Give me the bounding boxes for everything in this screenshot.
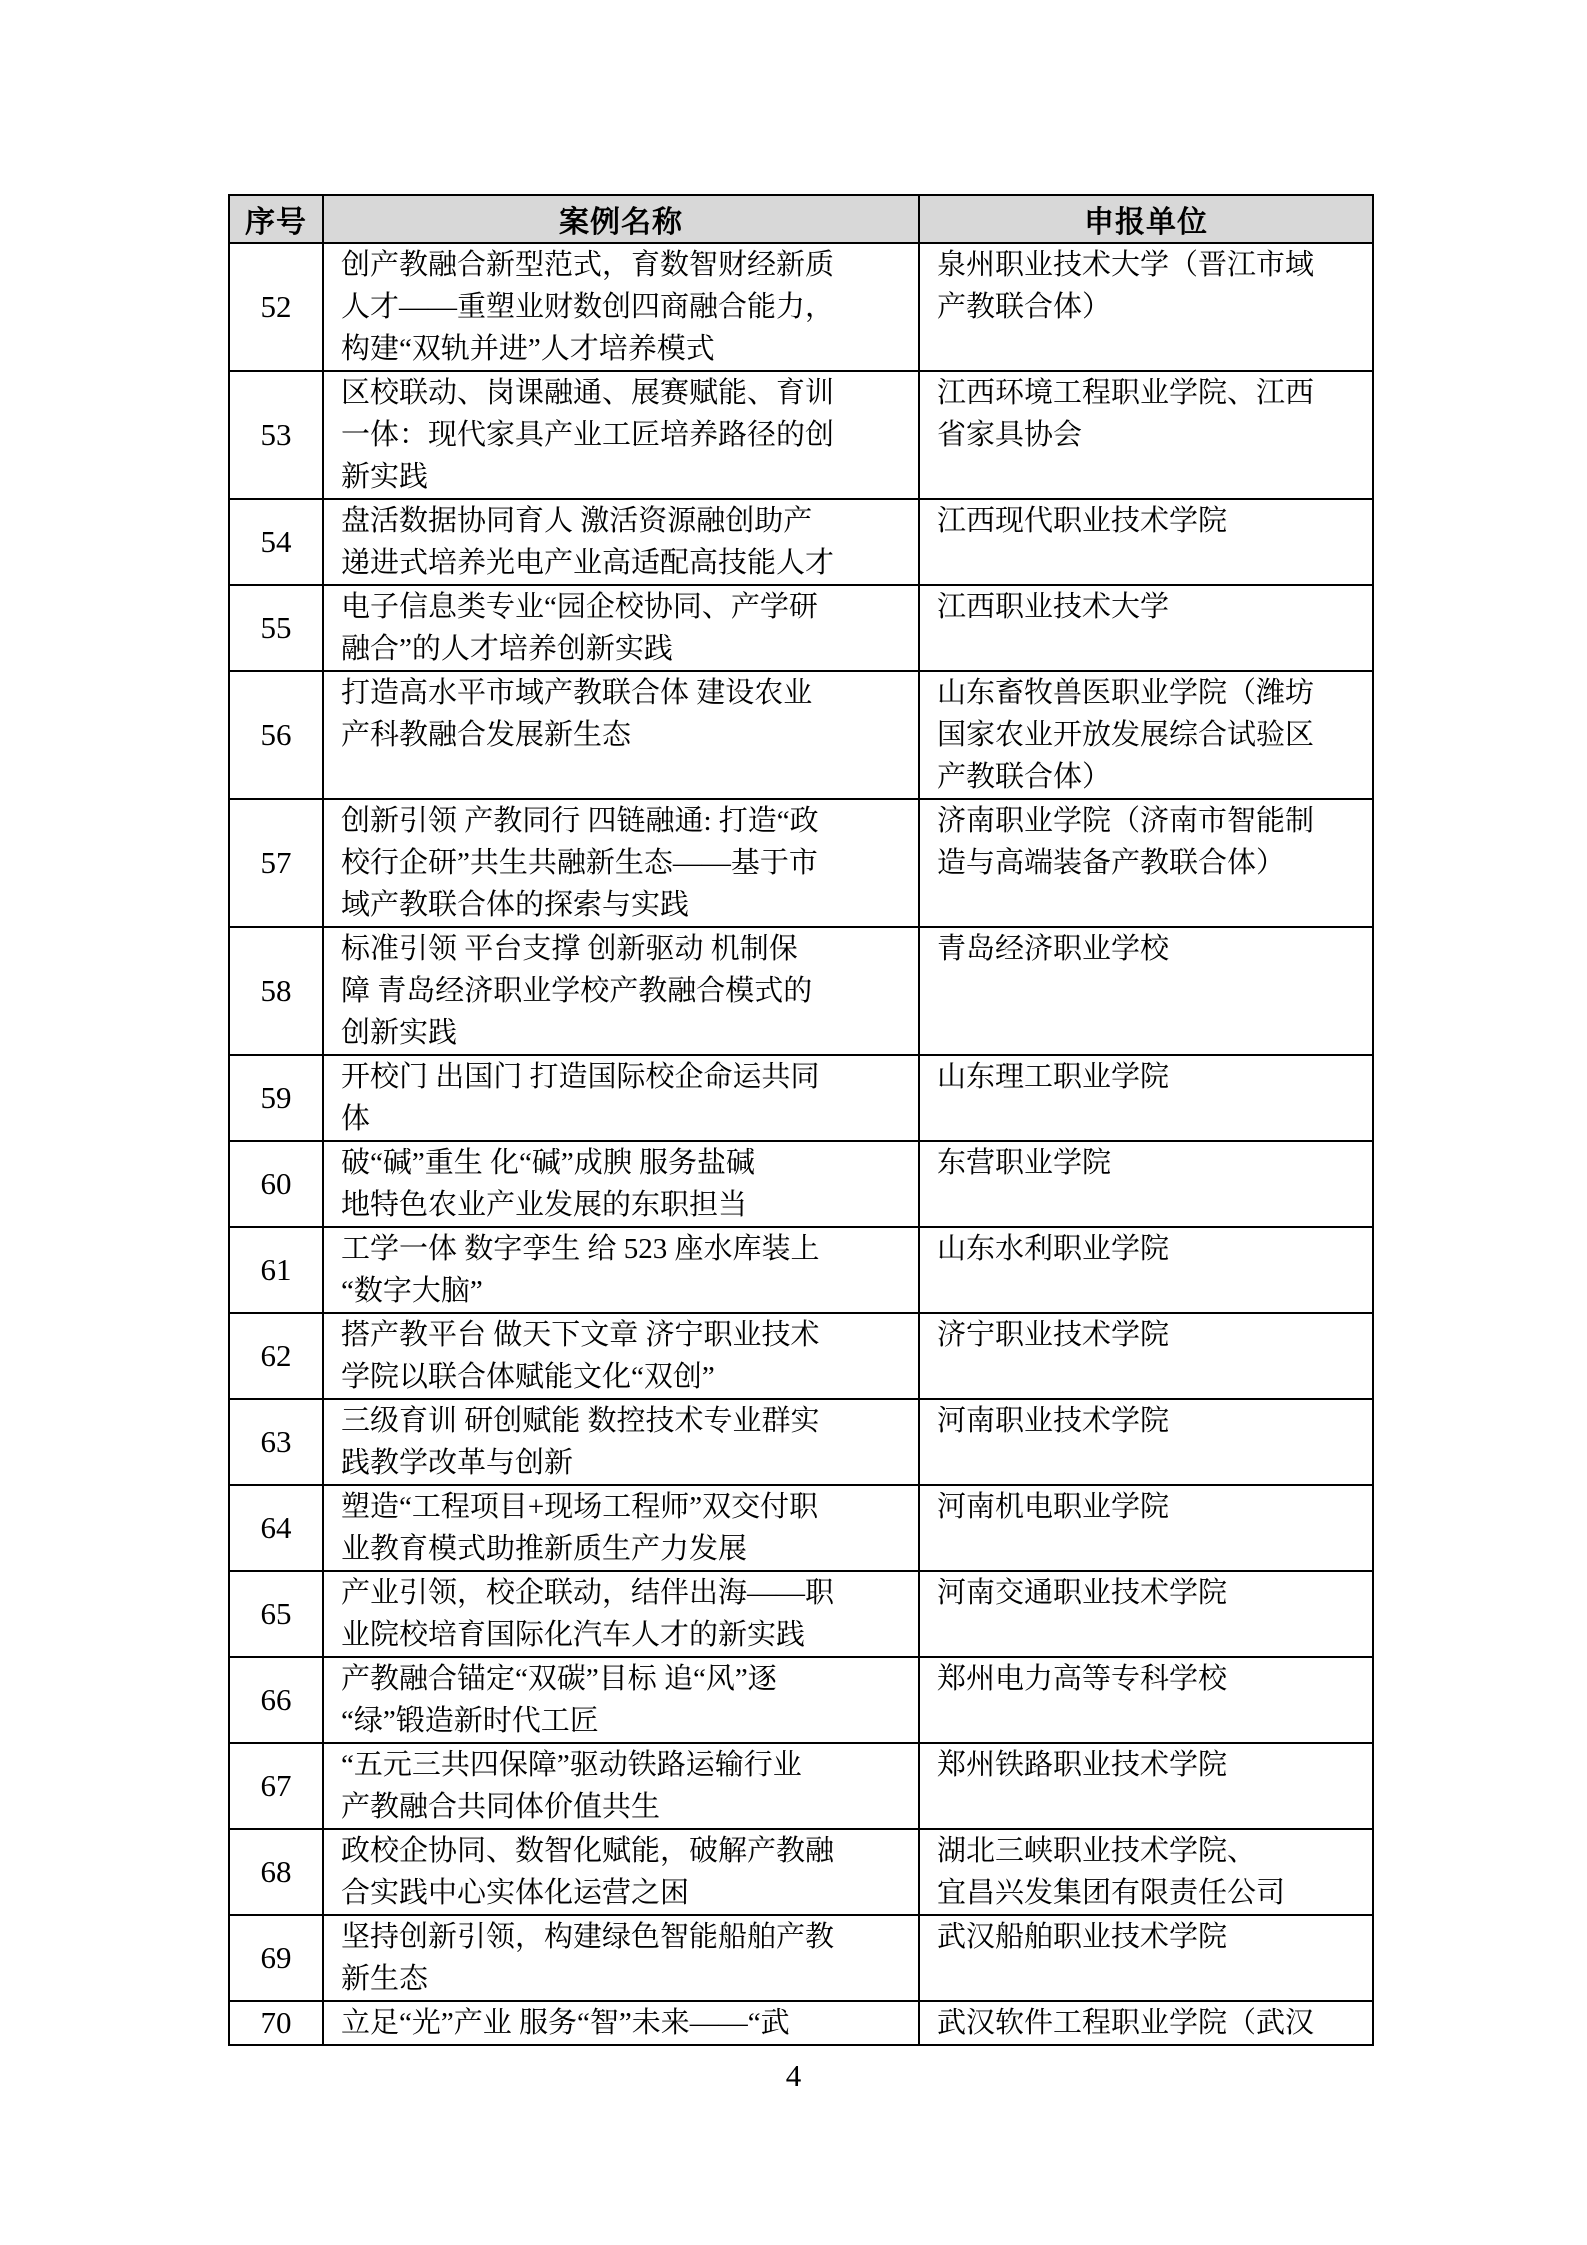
unit-cell: 河南交通职业技术学院 <box>919 1571 1373 1657</box>
table-row: 61 工学一体 数字孪生 给 523 座水库装上 “数字大脑” 山东水利职业学院 <box>229 1227 1373 1313</box>
case-name-cell: 创新引领 产教同行 四链融通: 打造“政 校行企研”共生共融新生态——基于市 域… <box>323 799 919 927</box>
table-row: 55 电子信息类专业“园企校协同、产学研 融合”的人才培养创新实践 江西职业技术… <box>229 585 1373 671</box>
table-row: 54 盘活数据协同育人 激活资源融创助产 递进式培养光电产业高适配高技能人才 江… <box>229 499 1373 585</box>
case-name-cell: 政校企协同、数智化赋能，破解产教融 合实践中心实体化运营之困 <box>323 1829 919 1915</box>
case-name-cell: 开校门 出国门 打造国际校企命运共同 体 <box>323 1055 919 1141</box>
unit-cell: 青岛经济职业学校 <box>919 927 1373 1055</box>
case-name-cell: 电子信息类专业“园企校协同、产学研 融合”的人才培养创新实践 <box>323 585 919 671</box>
unit-cell: 东营职业学院 <box>919 1141 1373 1227</box>
serial-cell: 63 <box>229 1399 323 1485</box>
unit-cell: 山东理工职业学院 <box>919 1055 1373 1141</box>
unit-cell: 山东畜牧兽医职业学院（潍坊 国家农业开放发展综合试验区 产教联合体） <box>919 671 1373 799</box>
unit-cell: 江西环境工程职业学院、江西 省家具协会 <box>919 371 1373 499</box>
column-header-unit: 申报单位 <box>919 195 1373 243</box>
unit-cell: 泉州职业技术大学（晋江市域 产教联合体） <box>919 243 1373 371</box>
serial-cell: 69 <box>229 1915 323 2001</box>
serial-cell: 68 <box>229 1829 323 1915</box>
case-name-cell: 立足“光”产业 服务“智”未来——“武 <box>323 2001 919 2045</box>
table-row: 65 产业引领，校企联动，结伴出海——职 业院校培育国际化汽车人才的新实践 河南… <box>229 1571 1373 1657</box>
table-row: 58 标准引领 平台支撑 创新驱动 机制保 障 青岛经济职业学校产教融合模式的 … <box>229 927 1373 1055</box>
unit-cell: 江西现代职业技术学院 <box>919 499 1373 585</box>
serial-cell: 55 <box>229 585 323 671</box>
table-body: 52 创产教融合新型范式，育数智财经新质 人才——重塑业财数创四商融合能力， 构… <box>229 243 1373 2045</box>
serial-cell: 54 <box>229 499 323 585</box>
serial-cell: 58 <box>229 927 323 1055</box>
serial-cell: 67 <box>229 1743 323 1829</box>
unit-cell: 湖北三峡职业技术学院、 宜昌兴发集团有限责任公司 <box>919 1829 1373 1915</box>
unit-cell: 郑州电力高等专科学校 <box>919 1657 1373 1743</box>
serial-cell: 53 <box>229 371 323 499</box>
unit-cell: 武汉船舶职业技术学院 <box>919 1915 1373 2001</box>
table-row: 70 立足“光”产业 服务“智”未来——“武 武汉软件工程职业学院（武汉 <box>229 2001 1373 2045</box>
table-row: 66 产教融合锚定“双碳”目标 追“风”逐 “绿”锻造新时代工匠 郑州电力高等专… <box>229 1657 1373 1743</box>
table-row: 56 打造高水平市域产教联合体 建设农业 产科教融合发展新生态 山东畜牧兽医职业… <box>229 671 1373 799</box>
cases-table: 序号 案例名称 申报单位 52 创产教融合新型范式，育数智财经新质 人才——重塑… <box>228 194 1374 2046</box>
case-name-cell: 塑造“工程项目+现场工程师”双交付职 业教育模式助推新质生产力发展 <box>323 1485 919 1571</box>
serial-cell: 56 <box>229 671 323 799</box>
table-row: 63 三级育训 研创赋能 数控技术专业群实 践教学改革与创新 河南职业技术学院 <box>229 1399 1373 1485</box>
serial-cell: 52 <box>229 243 323 371</box>
table-row: 60 破“碱”重生 化“碱”成腴 服务盐碱 地特色农业产业发展的东职担当 东营职… <box>229 1141 1373 1227</box>
table-row: 57 创新引领 产教同行 四链融通: 打造“政 校行企研”共生共融新生态——基于… <box>229 799 1373 927</box>
serial-cell: 62 <box>229 1313 323 1399</box>
case-name-cell: 打造高水平市域产教联合体 建设农业 产科教融合发展新生态 <box>323 671 919 799</box>
unit-cell: 济南职业学院（济南市智能制 造与高端装备产教联合体） <box>919 799 1373 927</box>
table-header-row: 序号 案例名称 申报单位 <box>229 195 1373 243</box>
unit-cell: 江西职业技术大学 <box>919 585 1373 671</box>
serial-cell: 61 <box>229 1227 323 1313</box>
document-page: 序号 案例名称 申报单位 52 创产教融合新型范式，育数智财经新质 人才——重塑… <box>0 0 1587 2245</box>
unit-cell: 山东水利职业学院 <box>919 1227 1373 1313</box>
case-name-cell: 创产教融合新型范式，育数智财经新质 人才——重塑业财数创四商融合能力， 构建“双… <box>323 243 919 371</box>
serial-cell: 59 <box>229 1055 323 1141</box>
serial-cell: 66 <box>229 1657 323 1743</box>
table-row: 68 政校企协同、数智化赋能，破解产教融 合实践中心实体化运营之困 湖北三峡职业… <box>229 1829 1373 1915</box>
case-name-cell: 三级育训 研创赋能 数控技术专业群实 践教学改革与创新 <box>323 1399 919 1485</box>
case-name-cell: 坚持创新引领，构建绿色智能船舶产教 新生态 <box>323 1915 919 2001</box>
case-name-cell: 工学一体 数字孪生 给 523 座水库装上 “数字大脑” <box>323 1227 919 1313</box>
case-name-cell: 破“碱”重生 化“碱”成腴 服务盐碱 地特色农业产业发展的东职担当 <box>323 1141 919 1227</box>
table-row: 64 塑造“工程项目+现场工程师”双交付职 业教育模式助推新质生产力发展 河南机… <box>229 1485 1373 1571</box>
table-row: 59 开校门 出国门 打造国际校企命运共同 体 山东理工职业学院 <box>229 1055 1373 1141</box>
case-name-cell: “五元三共四保障”驱动铁路运输行业 产教融合共同体价值共生 <box>323 1743 919 1829</box>
table-row: 53 区校联动、岗课融通、展赛赋能、育训 一体：现代家具产业工匠培养路径的创 新… <box>229 371 1373 499</box>
unit-cell: 郑州铁路职业技术学院 <box>919 1743 1373 1829</box>
table-row: 52 创产教融合新型范式，育数智财经新质 人才——重塑业财数创四商融合能力， 构… <box>229 243 1373 371</box>
table-row: 69 坚持创新引领，构建绿色智能船舶产教 新生态 武汉船舶职业技术学院 <box>229 1915 1373 2001</box>
serial-cell: 57 <box>229 799 323 927</box>
serial-cell: 65 <box>229 1571 323 1657</box>
column-header-serial: 序号 <box>229 195 323 243</box>
serial-cell: 60 <box>229 1141 323 1227</box>
table-row: 67 “五元三共四保障”驱动铁路运输行业 产教融合共同体价值共生 郑州铁路职业技… <box>229 1743 1373 1829</box>
column-header-case-name: 案例名称 <box>323 195 919 243</box>
serial-cell: 70 <box>229 2001 323 2045</box>
serial-cell: 64 <box>229 1485 323 1571</box>
unit-cell: 河南机电职业学院 <box>919 1485 1373 1571</box>
case-name-cell: 标准引领 平台支撑 创新驱动 机制保 障 青岛经济职业学校产教融合模式的 创新实… <box>323 927 919 1055</box>
table-row: 62 搭产教平台 做天下文章 济宁职业技术 学院以联合体赋能文化“双创” 济宁职… <box>229 1313 1373 1399</box>
case-name-cell: 搭产教平台 做天下文章 济宁职业技术 学院以联合体赋能文化“双创” <box>323 1313 919 1399</box>
case-name-cell: 盘活数据协同育人 激活资源融创助产 递进式培养光电产业高适配高技能人才 <box>323 499 919 585</box>
case-name-cell: 产教融合锚定“双碳”目标 追“风”逐 “绿”锻造新时代工匠 <box>323 1657 919 1743</box>
page-number: 4 <box>0 2058 1587 2094</box>
unit-cell: 济宁职业技术学院 <box>919 1313 1373 1399</box>
unit-cell: 武汉软件工程职业学院（武汉 <box>919 2001 1373 2045</box>
case-name-cell: 区校联动、岗课融通、展赛赋能、育训 一体：现代家具产业工匠培养路径的创 新实践 <box>323 371 919 499</box>
unit-cell: 河南职业技术学院 <box>919 1399 1373 1485</box>
case-name-cell: 产业引领，校企联动，结伴出海——职 业院校培育国际化汽车人才的新实践 <box>323 1571 919 1657</box>
